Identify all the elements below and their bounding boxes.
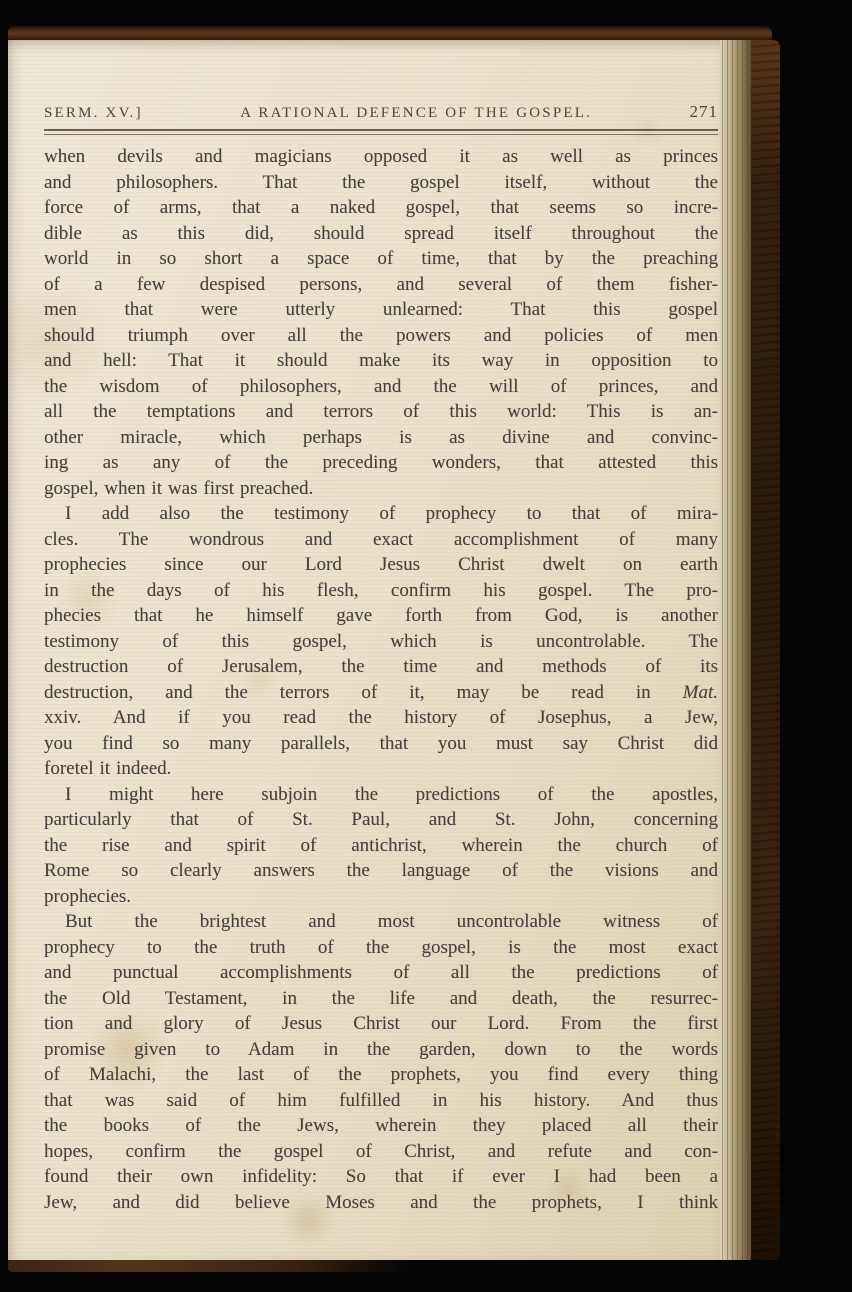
text-line: that was said of him fulfilled in his hi… — [44, 1088, 718, 1114]
text-line: when devils and magicians opposed it as … — [44, 144, 718, 170]
text-line: I might here subjoin the predictions of … — [44, 782, 718, 808]
book: SERM. XV.] A RATIONAL DEFENCE OF THE GOS… — [8, 26, 780, 1272]
text-line: force of arms, that a naked gospel, that… — [44, 195, 718, 221]
page-stack-edge — [720, 40, 751, 1260]
text-line: of a few despised persons, and several o… — [44, 272, 718, 298]
text-line: gospel, when it was first preached. — [44, 476, 718, 502]
text-line: prophecies. — [44, 884, 718, 910]
text-line: promise given to Adam in the garden, dow… — [44, 1037, 718, 1063]
text-line: Rome so clearly answers the language of … — [44, 858, 718, 884]
text-line: the wisdom of philosophers, and the will… — [44, 374, 718, 400]
header-running-title: A RATIONAL DEFENCE OF THE GOSPEL. — [240, 105, 592, 122]
text-line: all the temptations and terrors of this … — [44, 399, 718, 425]
book-bottom-edge — [8, 1260, 409, 1272]
text-line: foretel it indeed. — [44, 756, 718, 782]
text-line: of Malachi, the last of the prophets, yo… — [44, 1062, 718, 1088]
running-header: SERM. XV.] A RATIONAL DEFENCE OF THE GOS… — [44, 102, 718, 122]
text-line: But the brightest and most uncontrolable… — [44, 909, 718, 935]
book-cover-edge — [751, 40, 780, 1260]
text-line: other miracle, which perhaps is as divin… — [44, 425, 718, 451]
book-page: SERM. XV.] A RATIONAL DEFENCE OF THE GOS… — [8, 40, 720, 1260]
text-line: ing as any of the preceding wonders, tha… — [44, 450, 718, 476]
text-line: men that were utterly unlearned: That th… — [44, 297, 718, 323]
body-text: when devils and magicians opposed it as … — [44, 144, 718, 1215]
text-line: dible as this did, should spread itself … — [44, 221, 718, 247]
text-line: prophecies since our Lord Jesus Christ d… — [44, 552, 718, 578]
header-sermon-number: SERM. XV.] — [44, 105, 143, 122]
text-line: hopes, confirm the gospel of Christ, and… — [44, 1139, 718, 1165]
text-line: xxiv. And if you read the history of Jos… — [44, 705, 718, 731]
header-rule — [44, 129, 718, 135]
text-line: the rise and spirit of antichrist, where… — [44, 833, 718, 859]
text-line: in the days of his flesh, confirm his go… — [44, 578, 718, 604]
text-line: I add also the testimony of prophecy to … — [44, 501, 718, 527]
text-line: prophecy to the truth of the gospel, is … — [44, 935, 718, 961]
text-line: phecies that he himself gave forth from … — [44, 603, 718, 629]
text-line: testimony of this gospel, which is uncon… — [44, 629, 718, 655]
text-line: found their own infidelity: So that if e… — [44, 1164, 718, 1190]
text-line: and punctual accomplishments of all the … — [44, 960, 718, 986]
text-line: and philosophers. That the gospel itself… — [44, 170, 718, 196]
page-content: SERM. XV.] A RATIONAL DEFENCE OF THE GOS… — [8, 40, 718, 1215]
text-line: you find so many parallels, that you mus… — [44, 731, 718, 757]
scan-background: SERM. XV.] A RATIONAL DEFENCE OF THE GOS… — [0, 0, 852, 1292]
text-line: should triumph over all the powers and p… — [44, 323, 718, 349]
text-line: world in so short a space of time, that … — [44, 246, 718, 272]
text-line: tion and glory of Jesus Christ our Lord.… — [44, 1011, 718, 1037]
text-line: the Old Testament, in the life and death… — [44, 986, 718, 1012]
book-top-edge — [8, 26, 772, 40]
text-line: and hell: That it should make its way in… — [44, 348, 718, 374]
text-line: destruction of Jerusalem, the time and m… — [44, 654, 718, 680]
text-line: destruction, and the terrors of it, may … — [44, 680, 718, 706]
header-page-number: 271 — [689, 102, 718, 122]
text-line: Jew, and did believe Moses and the proph… — [44, 1190, 718, 1216]
text-line: the books of the Jews, wherein they plac… — [44, 1113, 718, 1139]
text-line: particularly that of St. Paul, and St. J… — [44, 807, 718, 833]
text-line: cles. The wondrous and exact accomplishm… — [44, 527, 718, 553]
